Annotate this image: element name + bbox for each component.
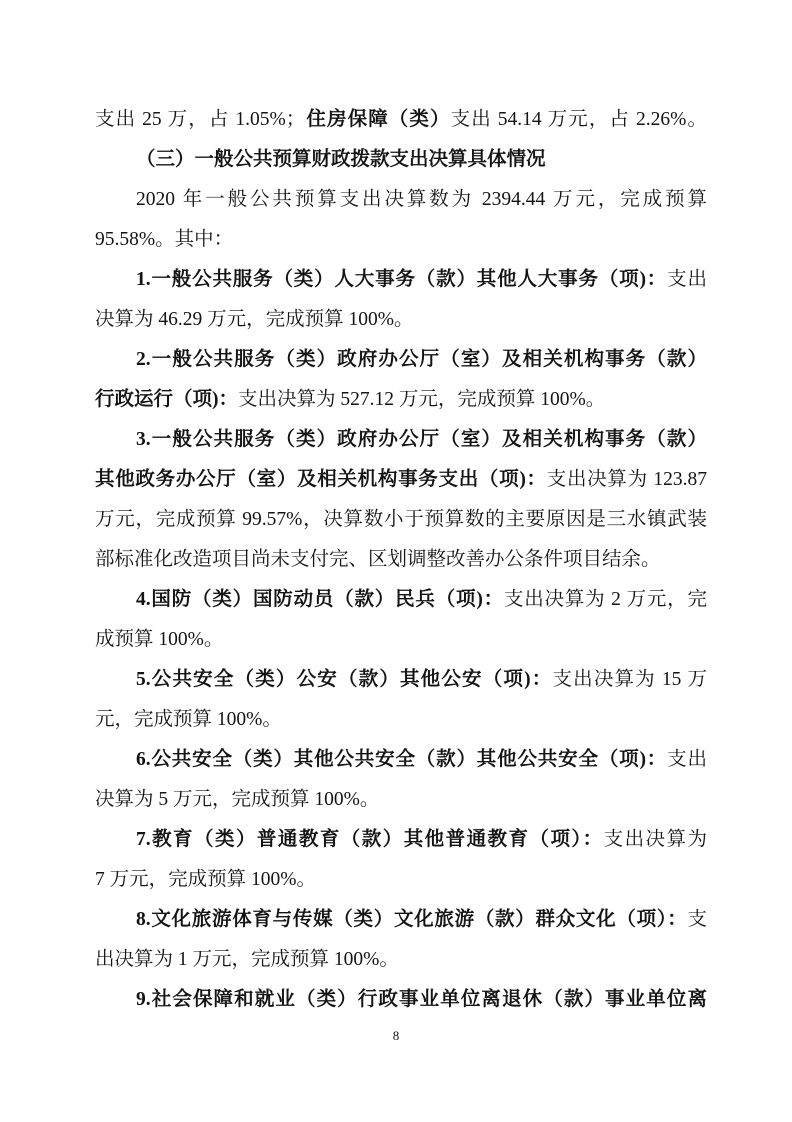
text-segment: 支出决算为 527.12 万元，完成预算 100%。 [238, 389, 605, 410]
text-segment: 支 [687, 909, 707, 930]
text-segment: 支出决算为 123.87 [547, 469, 707, 490]
text-line: 6.公共安全（类）其他公共安全（款）其他公共安全（项)：支出 [95, 740, 707, 780]
page-number: 8 [0, 1027, 792, 1045]
text-line: 1.一般公共服务（类）人大事务（款）其他人大事务（项)：支出 [95, 260, 707, 300]
text-line: 元，完成预算 100%。 [95, 700, 707, 740]
text-line: 其他政务办公厅（室）及相关机构事务支出（项)：支出决算为 123.87 [95, 460, 707, 500]
text-line: 8.文化旅游体育与传媒（类）文化旅游（款）群众文化（项）：支 [95, 900, 707, 940]
text-segment: 9.社会保障和就业（类）行政事业单位离退休（款）事业单位离 [136, 989, 707, 1010]
text-segment: 决算为 5 万元，完成预算 100%。 [95, 789, 379, 810]
text-segment: 4.国防（类）国防动员（款）民兵（项)： [136, 589, 504, 610]
text-segment: 2020 年一般公共预算支出决算数为 2394.44 万元，完成预算 [136, 189, 707, 210]
text-segment: 8.文化旅游体育与传媒（类）文化旅游（款）群众文化（项）： [136, 909, 687, 930]
text-line: 9.社会保障和就业（类）行政事业单位离退休（款）事业单位离 [95, 980, 707, 1020]
text-line: 部标准化改造项目尚未支付完、区划调整改善办公条件项目结余。 [95, 540, 707, 580]
text-segment: 住房保障（类） [305, 109, 450, 130]
text-line: 7.教育（类）普通教育（款）其他普通教育（项）：支出决算为 [95, 820, 707, 860]
text-segment: 支出决算为 2 万元，完 [504, 589, 707, 610]
text-segment: 部标准化改造项目尚未支付完、区划调整改善办公条件项目结余。 [95, 549, 661, 570]
text-line: 成预算 100%。 [95, 620, 707, 660]
text-line: 出决算为 1 万元，完成预算 100%。 [95, 940, 707, 980]
text-line: 万元，完成预算 99.57%，决算数小于预算数的主要原因是三水镇武装 [95, 500, 707, 540]
text-segment: 元，完成预算 100%。 [95, 709, 282, 730]
document-body: 支出 25 万，占 1.05%；住房保障（类）支出 54.14 万元，占 2.2… [95, 100, 707, 1020]
text-segment: 行政运行（项)： [95, 389, 238, 410]
text-line: 支出 25 万，占 1.05%；住房保障（类）支出 54.14 万元，占 2.2… [95, 100, 707, 140]
text-line: 行政运行（项)：支出决算为 527.12 万元，完成预算 100%。 [95, 380, 707, 420]
text-segment: 支出决算为 [604, 829, 707, 850]
text-segment: 支出决算为 15 万 [552, 669, 707, 690]
document-page: 支出 25 万，占 1.05%；住房保障（类）支出 54.14 万元，占 2.2… [0, 0, 792, 1122]
text-line: 2.一般公共服务（类）政府办公厅（室）及相关机构事务（款） [95, 340, 707, 380]
text-line: 7 万元，完成预算 100%。 [95, 860, 707, 900]
text-segment: 7.教育（类）普通教育（款）其他普通教育（项）： [136, 829, 604, 850]
text-line: 决算为 46.29 万元，完成预算 100%。 [95, 300, 707, 340]
text-segment: 其他政务办公厅（室）及相关机构事务支出（项)： [95, 469, 547, 490]
text-segment: 支出 54.14 万元，占 2.26%。 [451, 109, 707, 130]
text-segment: 3.一般公共服务（类）政府办公厅（室）及相关机构事务（款） [136, 429, 707, 450]
text-segment: 5.公共安全（类）公安（款）其他公安（项)： [136, 669, 552, 690]
text-line: 5.公共安全（类）公安（款）其他公安（项)：支出决算为 15 万 [95, 660, 707, 700]
text-segment: 1.一般公共服务（类）人大事务（款）其他人大事务（项)： [136, 269, 667, 290]
text-segment: 6.公共安全（类）其他公共安全（款）其他公共安全（项)： [136, 749, 667, 770]
text-segment: （三）一般公共预算财政拨款支出决算具体情况 [136, 149, 546, 170]
text-line: 3.一般公共服务（类）政府办公厅（室）及相关机构事务（款） [95, 420, 707, 460]
text-segment: 支出 [667, 749, 707, 770]
text-line: 决算为 5 万元，完成预算 100%。 [95, 780, 707, 820]
text-segment: 决算为 46.29 万元，完成预算 100%。 [95, 309, 414, 330]
text-line: 2020 年一般公共预算支出决算数为 2394.44 万元，完成预算 [95, 180, 707, 220]
text-segment: 95.58%。其中： [95, 229, 233, 250]
text-line: （三）一般公共预算财政拨款支出决算具体情况 [95, 140, 707, 180]
text-line: 95.58%。其中： [95, 220, 707, 260]
text-segment: 支出 [667, 269, 707, 290]
text-segment: 出决算为 1 万元，完成预算 100%。 [95, 949, 399, 970]
text-segment: 2.一般公共服务（类）政府办公厅（室）及相关机构事务（款） [136, 349, 707, 370]
text-segment: 成预算 100%。 [95, 629, 223, 650]
text-segment: 万元，完成预算 99.57%，决算数小于预算数的主要原因是三水镇武装 [95, 509, 707, 530]
text-segment: 7 万元，完成预算 100%。 [95, 869, 316, 890]
text-line: 4.国防（类）国防动员（款）民兵（项)：支出决算为 2 万元，完 [95, 580, 707, 620]
text-segment: 支出 25 万，占 1.05%； [95, 109, 305, 130]
